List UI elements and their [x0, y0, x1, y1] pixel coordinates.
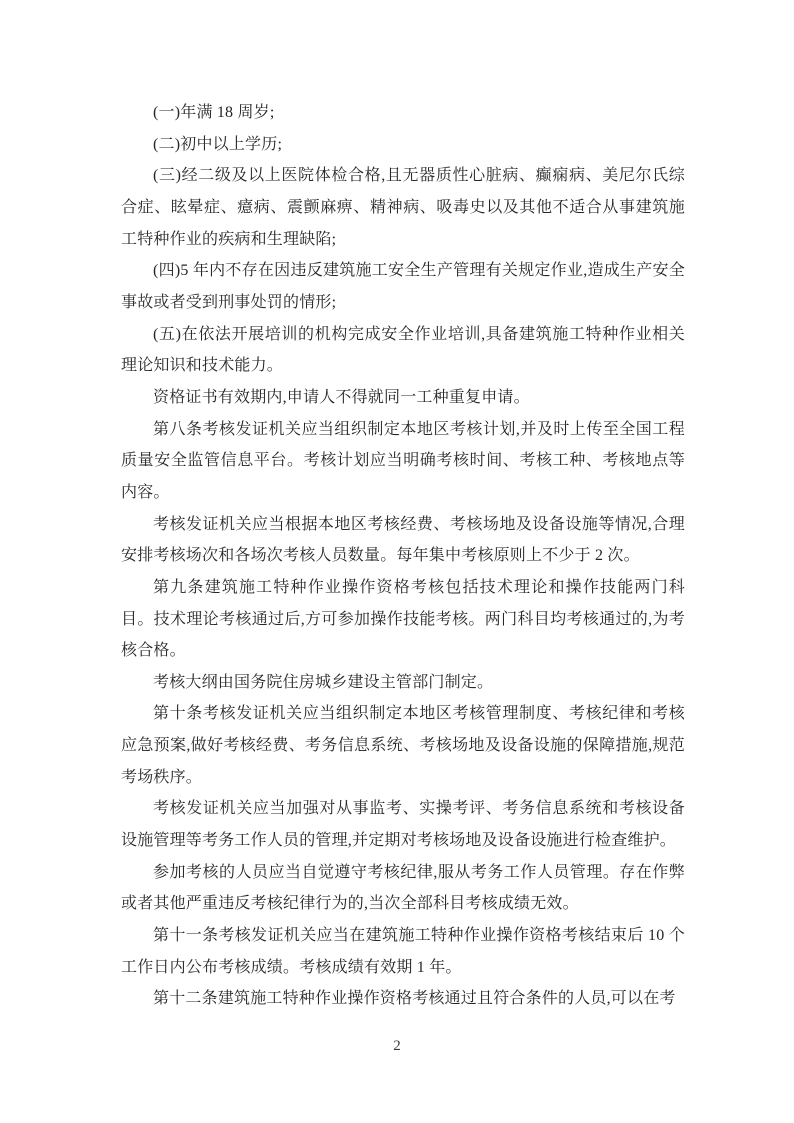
paragraph-item-3: (三)经二级及以上医院体检合格,且无器质性心脏病、癫痫病、美尼尔氏综合症、眩晕症… — [121, 160, 685, 255]
paragraph-item-5: (五)在依法开展培训的机构完成安全作业培训,具备建筑施工特种作业相关理论知识和技… — [121, 319, 685, 382]
paragraph-certificate-rule: 资格证书有效期内,申请人不得就同一工种重复申请。 — [121, 382, 685, 414]
paragraph-article-8-2: 考核发证机关应当根据本地区考核经费、考核场地及设备设施等情况,合理安排考核场次和… — [121, 509, 685, 572]
paragraph-article-10-1: 第十条考核发证机关应当组织制定本地区考核管理制度、考核纪律和考核应急预案,做好考… — [121, 698, 685, 793]
paragraph-article-11: 第十一条考核发证机关应当在建筑施工特种作业操作资格考核结束后 10 个工作日内公… — [121, 920, 685, 983]
document-body: (一)年满 18 周岁; (二)初中以上学历; (三)经二级及以上医院体检合格,… — [121, 97, 685, 1015]
paragraph-article-10-2: 考核发证机关应当加强对从事监考、实操考评、考务信息系统和考核设备设施管理等考务工… — [121, 793, 685, 856]
paragraph-item-1: (一)年满 18 周岁; — [121, 97, 685, 129]
paragraph-item-4: (四)5 年内不存在因违反建筑施工安全生产管理有关规定作业,造成生产安全事故或者… — [121, 255, 685, 318]
document-page: (一)年满 18 周岁; (二)初中以上学历; (三)经二级及以上医院体检合格,… — [0, 0, 794, 1123]
paragraph-article-12: 第十二条建筑施工特种作业操作资格考核通过且符合条件的人员,可以在考 — [121, 983, 685, 1015]
paragraph-item-2: (二)初中以上学历; — [121, 129, 685, 161]
page-footer: 2 — [0, 1037, 794, 1055]
paragraph-article-9-1: 第九条建筑施工特种作业操作资格考核包括技术理论和操作技能两门科目。技术理论考核通… — [121, 572, 685, 667]
paragraph-article-9-2: 考核大纲由国务院住房城乡建设主管部门制定。 — [121, 667, 685, 699]
paragraph-article-10-3: 参加考核的人员应当自觉遵守考核纪律,服从考务工作人员管理。存在作弊或者其他严重违… — [121, 857, 685, 920]
page-number: 2 — [393, 1038, 401, 1054]
paragraph-article-8-1: 第八条考核发证机关应当组织制定本地区考核计划,并及时上传至全国工程质量安全监管信… — [121, 414, 685, 509]
